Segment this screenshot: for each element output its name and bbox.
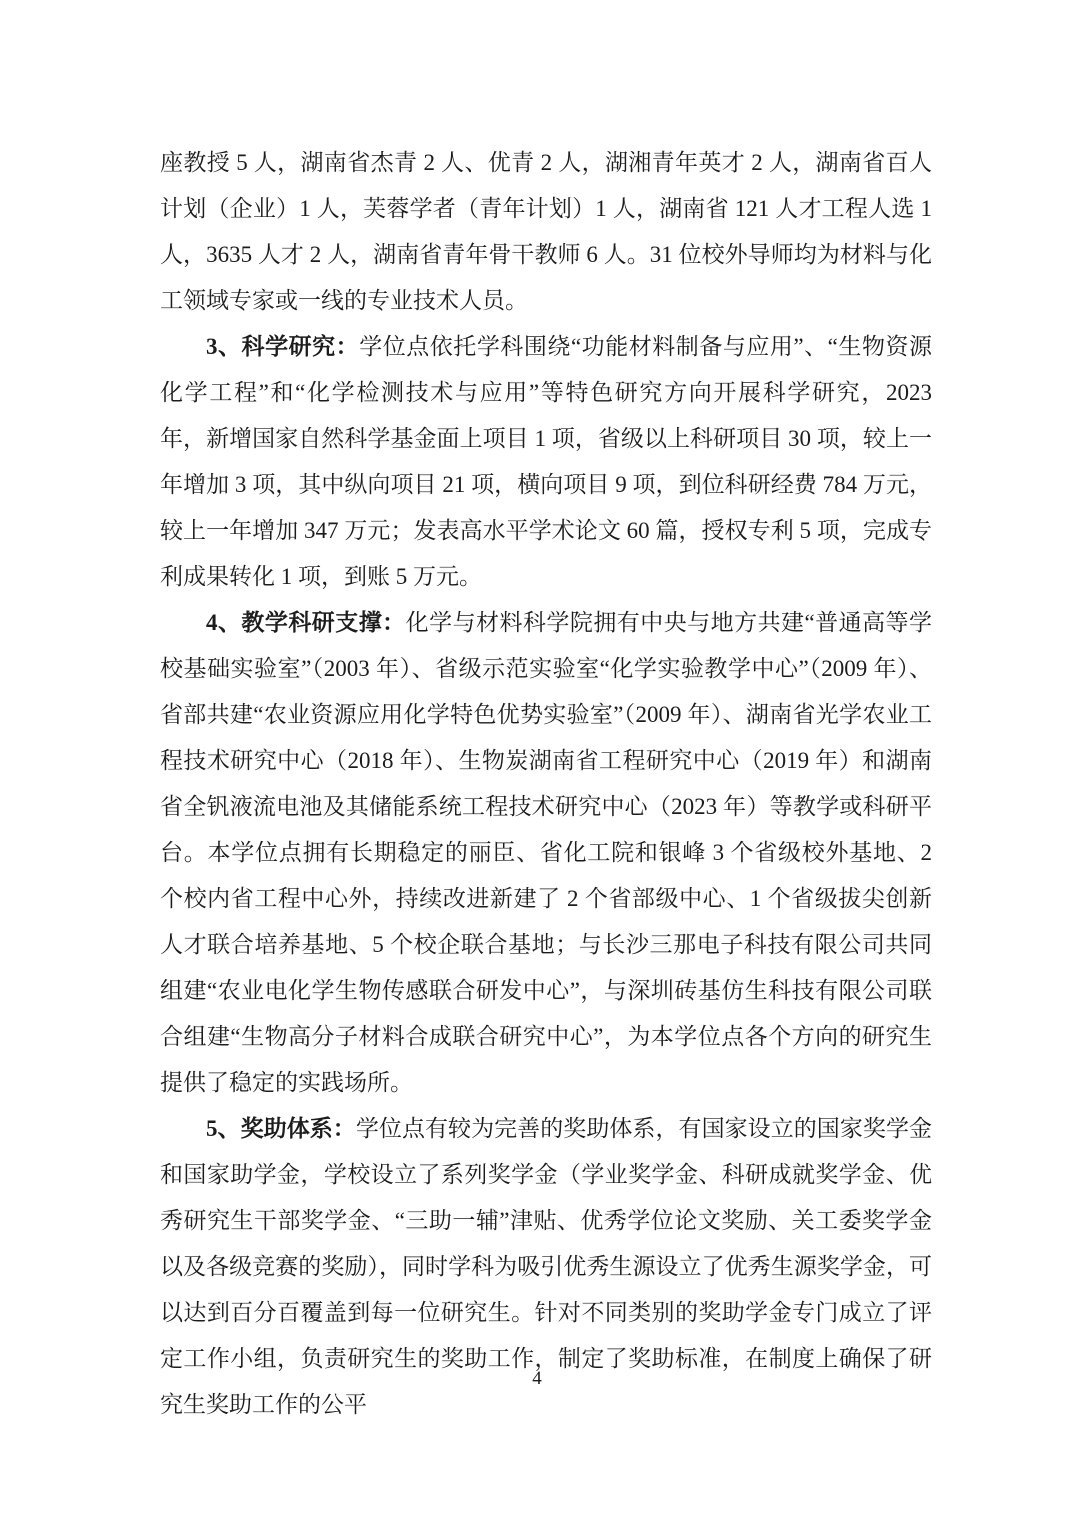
paragraph-teaching-support: 4、教学科研支撑：化学与材料科学院拥有中央与地方共建“普通高等学校基础实验室”（… bbox=[160, 600, 932, 1106]
paragraph-text: 座教授 5 人，湖南省杰青 2 人、优青 2 人，湖湘青年英才 2 人，湖南省百… bbox=[160, 150, 932, 313]
paragraph-research: 3、科学研究：学位点依托学科围绕“功能材料制备与应用”、“生物资源化学工程”和“… bbox=[160, 324, 932, 600]
document-page: 座教授 5 人，湖南省杰青 2 人、优青 2 人，湖湘青年英才 2 人，湖南省百… bbox=[0, 0, 1074, 1520]
document-body: 座教授 5 人，湖南省杰青 2 人、优青 2 人，湖湘青年英才 2 人，湖南省百… bbox=[160, 140, 932, 1428]
paragraph-lead: 5、奖助体系： bbox=[206, 1116, 356, 1141]
paragraph-text: 学位点依托学科围绕“功能材料制备与应用”、“生物资源化学工程”和“化学检测技术与… bbox=[160, 334, 932, 589]
paragraph-lead: 3、科学研究： bbox=[206, 334, 359, 359]
paragraph-continuation: 座教授 5 人，湖南省杰青 2 人、优青 2 人，湖湘青年英才 2 人，湖南省百… bbox=[160, 140, 932, 324]
page-number: 4 bbox=[0, 1366, 1074, 1392]
paragraph-lead: 4、教学科研支撑： bbox=[206, 610, 406, 635]
paragraph-text: 化学与材料科学院拥有中央与地方共建“普通高等学校基础实验室”（2003 年）、省… bbox=[160, 610, 932, 1095]
